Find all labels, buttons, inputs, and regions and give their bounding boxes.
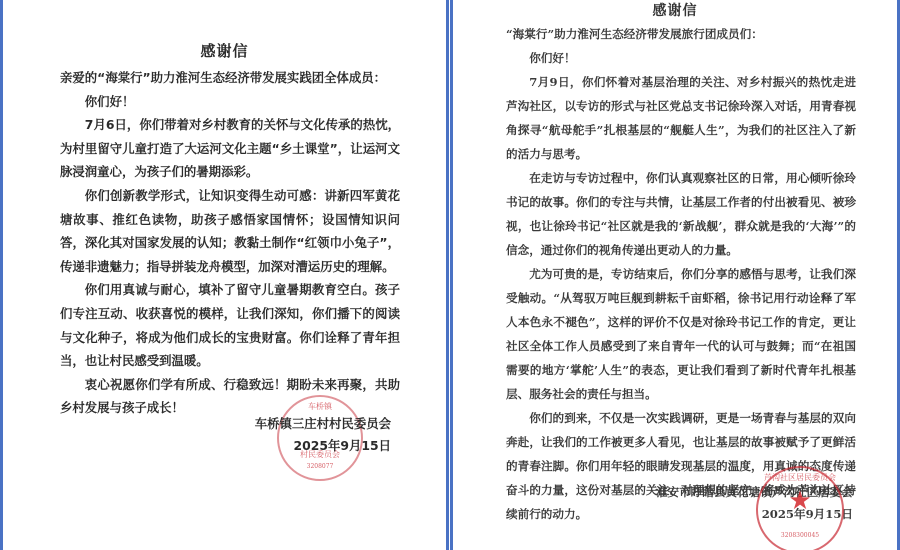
letter-title: 感谢信 [453,0,897,20]
letter-body: “海棠行”助力淮河生态经济带发展旅行团成员们： 你们好！ 7月9日，你们怀着对基… [506,22,856,526]
signature-date: 2025年9月15日 [233,436,391,454]
seal-code: 3208077 [279,463,361,470]
paragraph: 在走访与专访过程中，你们认真观察社区的日常，用心倾听徐玲书记的故事。你们的专注与… [506,166,856,262]
signature-date: 2025年9月15日 [573,506,853,522]
paragraph: 你们用真诚与耐心，填补了留守儿童暑期教育空白。孩子们专注互动、收获喜悦的模样，让… [60,278,400,372]
signature-organization: 淮安市盱眙县黄花塘镇芦沟社区居委会 [573,484,853,500]
greeting: 你们好！ [506,46,856,70]
letter-body: 亲爱的“海棠行”助力淮河生态经济带发展实践团全体成员： 你们好！ 7月6日，你们… [60,66,400,420]
paragraph: 衷心祝愿你们学有所成、行稳致远！期盼未来再聚，共助乡村发展与孩子成长！ [60,373,400,420]
paragraph: 你们创新教学形式，让知识变得生动可感：讲新四军黄花塘故事、推红色读物，助孩子感悟… [60,184,400,278]
signature-organization: 车桥镇三庄村村民委员会 [233,414,391,432]
letter-title: 感谢信 [3,40,446,61]
left-letter-page: 感谢信 亲爱的“海棠行”助力淮河生态经济带发展实践团全体成员： 你们好！ 7月6… [0,0,449,550]
greeting: 你们好！ [60,90,400,114]
paragraph: 尤为可贵的是，专访结束后，你们分享的感悟与思考，让我们深受触动。“从驾驭万吨巨舰… [506,262,856,406]
salutation: 亲爱的“海棠行”助力淮河生态经济带发展实践团全体成员： [60,66,400,90]
salutation: “海棠行”助力淮河生态经济带发展旅行团成员们： [506,22,856,46]
paragraph: 7月9日，你们怀着对基层治理的关注、对乡村振兴的热忱走进芦沟社区，以专访的形式与… [506,70,856,166]
right-letter-page: 感谢信 “海棠行”助力淮河生态经济带发展旅行团成员们： 你们好！ 7月9日，你们… [450,0,900,550]
paragraph: 7月6日，你们带着对乡村教育的关怀与文化传承的热忱，为村里留守儿童打造了大运河文… [60,113,400,184]
